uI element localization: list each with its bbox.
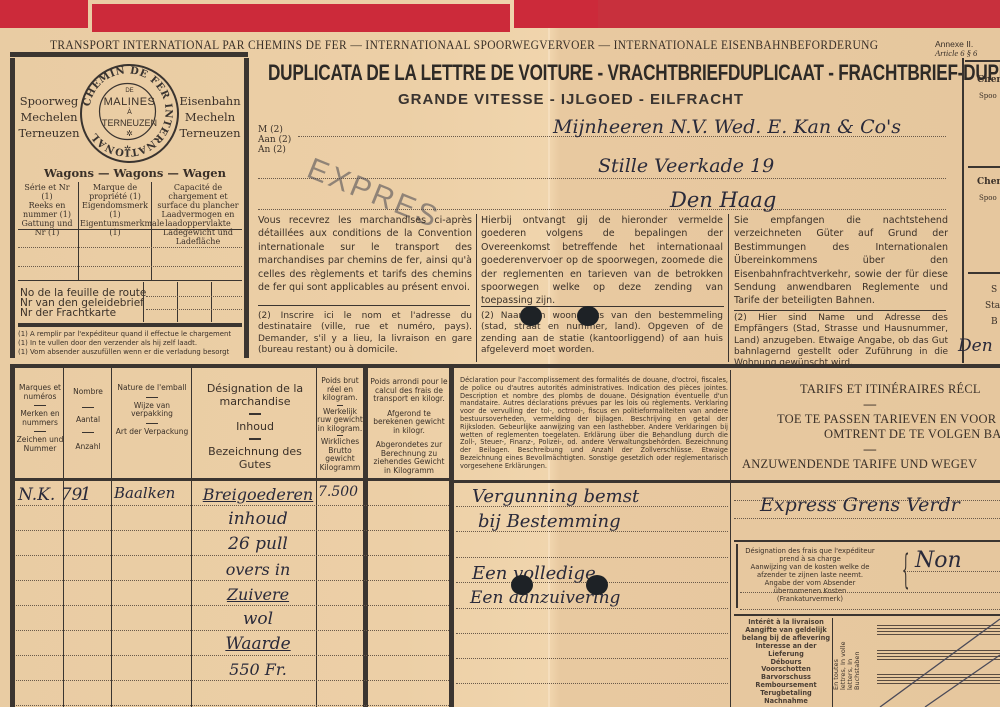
header-bottom-rule	[15, 478, 450, 481]
red-band-segment	[0, 0, 88, 28]
col-de: Bezeichnung des Gutes	[195, 445, 315, 471]
addressee-city-handwritten: Den Haag	[670, 188, 776, 212]
transport-line: TRANSPORT INTERNATIONAL PAR CHEMINS DE F…	[50, 38, 878, 53]
goods-gross-weight: 7.500	[318, 484, 358, 500]
col-nl: Afgerond te berekenen gewicht in kilogr.	[369, 410, 449, 436]
divider	[244, 58, 249, 358]
svg-text:✲: ✲	[124, 145, 132, 155]
addressee-label: M (2)	[258, 125, 291, 135]
brace-icon: {	[902, 545, 910, 595]
footnotes: (1) A remplir par l'expéditeur quand il …	[18, 330, 246, 357]
customs-declaration-header: Déclaration pour l'accomplissement des f…	[460, 377, 728, 471]
addressee-labels: M (2) Aan (2) An (2)	[258, 125, 291, 155]
route-sheet-entry[interactable]	[146, 309, 242, 310]
col-header-marks: Marques et numéros Merken en nummers Zei…	[16, 384, 64, 453]
stub-label: Chem	[977, 177, 1000, 187]
col-nl: Inhoud	[195, 420, 315, 433]
wagon-entry-line[interactable]	[18, 247, 242, 248]
seal-de: DE	[82, 88, 177, 94]
punch-hole	[511, 575, 533, 595]
desc-line: inhoud	[196, 507, 320, 532]
document-title: DUPLICATA DE LA LETTRE DE VOITURE - VRAC…	[268, 60, 1000, 86]
col-nl: Werkelijk ruw gewicht in kilogram.	[317, 408, 363, 434]
tariff-line: ANZUWENDENDE TARIFE UND WEGEV	[742, 457, 1000, 472]
strike-lines	[870, 615, 1000, 707]
document-subtitle: GRANDE VITESSE - IJLGOED - EILFRACHT	[398, 91, 744, 108]
declaration-hand-1: Vergunning bemst	[472, 486, 639, 507]
divider	[734, 540, 1000, 542]
divider	[476, 214, 477, 362]
table-top-border	[10, 364, 1000, 368]
charges-line[interactable]	[740, 609, 1000, 610]
charges-line[interactable]	[905, 571, 1000, 572]
col-fr: Désignation de la marchandise	[195, 382, 315, 408]
col-header-description: Désignation de la marchandise Inhoud Bez…	[195, 382, 315, 471]
col-nl: Merken en nummers	[16, 410, 64, 427]
divider	[258, 305, 470, 306]
railway-line: Eisenbahn	[178, 93, 242, 109]
tariff-line: TOE TE PASSEN TARIEVEN EN VOOR	[777, 412, 1000, 427]
divider	[736, 544, 738, 608]
in-letters-label: En toutes lettres, In volle letters, In …	[833, 640, 861, 690]
col-header-rounded-weight: Poids arrondi pour le calcul des frais d…	[369, 378, 449, 475]
col-nl: Aantal	[64, 416, 112, 425]
col-fr: Nombre	[64, 388, 112, 397]
tariff-sep: —	[770, 442, 970, 457]
divider	[10, 52, 248, 57]
divider	[18, 280, 242, 281]
note-de: (2) Hier sind Name und Adresse des Empfä…	[734, 313, 948, 369]
railway-seal: CHEMIN DE FER INTERNATIONAL ✲ DE MALINES…	[80, 64, 179, 163]
annexe-label: Annexe II. Article 6 § 6	[935, 40, 977, 58]
divider	[211, 282, 212, 322]
col-nl: Wijze van verpakking	[112, 402, 192, 419]
declaration-line[interactable]	[456, 633, 728, 634]
tariff-line: TARIFS ET ITINÉRAIRES RÉCL	[800, 382, 1000, 397]
punch-hole	[586, 575, 608, 595]
railway-name-de: Eisenbahn Mecheln Terneuzen	[178, 93, 242, 141]
tariffs-header: TARIFS ET ITINÉRAIRES RÉCL — TOE TE PASS…	[740, 382, 1000, 472]
seal-from: MALINES	[82, 96, 177, 108]
divider	[728, 214, 729, 362]
railway-name-nl: Spoorweg Mechelen Terneuzen	[18, 93, 80, 141]
railway-line: Terneuzen	[18, 125, 80, 141]
addressee-label: Aan (2)	[258, 135, 291, 145]
footnote: (1) In te vullen door den verzender als …	[18, 339, 246, 348]
divider	[10, 364, 15, 707]
red-band-segment	[598, 0, 1000, 28]
note-fr: (2) Inscrire ici le nom et l'adresse du …	[258, 311, 472, 356]
divider	[965, 60, 1000, 62]
col-header-gross-weight: Poids brut réel en kilogram. Werkelijk r…	[317, 377, 363, 472]
wagons-title: Wagons — Wagons — Wagen	[40, 166, 230, 180]
tariff-sep: —	[770, 397, 970, 412]
wagon-col-capacity: Capacité de chargement et surface du pla…	[153, 183, 243, 246]
notice-fr: Vous recevrez les marchandises ci-après …	[258, 214, 472, 294]
wagon-entry-line[interactable]	[18, 266, 242, 267]
goods-description: Breigoederen inhoud 26 pull overs in Zui…	[196, 482, 320, 682]
addressee-street-handwritten: Stille Veerkade 19	[598, 155, 774, 177]
col-fr: Nature de l'emball	[112, 384, 192, 393]
tariff-handwritten: Express Grens Verdr	[760, 494, 960, 516]
railway-line: Mecheln	[178, 109, 242, 125]
declaration-line[interactable]	[456, 608, 728, 609]
desc-line: Zuivere	[196, 582, 320, 607]
seal-a: À	[82, 109, 177, 116]
route-sheet-label: No de la feuille de route Nr van den gel…	[20, 288, 146, 318]
col-fr: Poids brut réel en kilogram.	[317, 377, 363, 403]
seal-to: TERNEUZEN	[82, 118, 177, 128]
footnote: (1) Vom absender auszufüllen wenn er die…	[18, 348, 246, 357]
divider	[962, 58, 964, 363]
stub-label: Spoo	[979, 92, 997, 100]
stub-handwritten: Den	[958, 336, 993, 356]
header-bottom-rule	[454, 480, 1000, 483]
col-de: Art der Verpackung	[112, 428, 192, 437]
goods-packing: Baalken	[114, 484, 175, 502]
divider	[10, 58, 15, 358]
divider	[734, 310, 946, 311]
addressee-line[interactable]	[258, 209, 946, 210]
col-de: Anzahl	[64, 443, 112, 452]
stub-label: Chem	[977, 75, 1000, 85]
charges-value[interactable]: Non	[915, 548, 962, 573]
goods-count: 1	[80, 484, 91, 505]
col-fr: Marques et numéros	[16, 384, 64, 401]
desc-line: overs in	[196, 557, 320, 582]
tariff-line-entry[interactable]	[734, 518, 1000, 519]
stub-label: Sta	[985, 301, 1000, 311]
railway-line: Mechelen	[18, 109, 80, 125]
footnote: (1) A remplir par l'expéditeur quand il …	[18, 330, 246, 339]
divider	[449, 368, 454, 707]
col-de: Zeichen und Nummer	[16, 436, 64, 453]
divider	[363, 368, 368, 707]
col-header-packing: Nature de l'emball Wijze van verpakking …	[112, 384, 192, 436]
stub-label: S	[991, 285, 997, 295]
freight-document: TRANSPORT INTERNATIONAL PAR CHEMINS DE F…	[0, 0, 1000, 707]
stub-label: B	[991, 317, 998, 327]
desc-line: 26 pull	[196, 532, 320, 557]
divider	[730, 370, 731, 480]
divider	[481, 306, 724, 307]
stub-label: Spoo	[979, 194, 997, 202]
punch-hole	[520, 306, 542, 326]
notice-de: Sie empfangen die nachtstehend verzeichn…	[734, 214, 948, 308]
col-header-count: Nombre Aantal Anzahl	[64, 388, 112, 452]
article-text: Article 6 § 6	[935, 48, 977, 58]
seal-star-icon: ✲	[82, 129, 177, 138]
desc-line: Waarde	[196, 632, 320, 657]
red-band-segment	[92, 4, 510, 32]
divider	[18, 323, 242, 327]
route-sheet-entry[interactable]	[146, 296, 242, 297]
charges-line[interactable]	[740, 592, 1000, 593]
desc-line: wol	[196, 607, 320, 632]
route-sheet-line: Nr der Frachtkarte	[20, 308, 146, 318]
table-row-line[interactable]	[16, 705, 449, 706]
divider	[143, 282, 144, 322]
desc-line: 550 Fr.	[196, 657, 320, 682]
declaration-hand-3: Een volledige	[472, 563, 596, 584]
punch-hole	[577, 306, 599, 326]
desc-line: Breigoederen	[196, 482, 320, 507]
col-fr: Poids arrondi pour le calcul des frais d…	[369, 378, 449, 404]
declaration-line[interactable]	[456, 683, 728, 684]
tariff-line: OMTRENT DE TE VOLGEN BA	[824, 427, 1000, 442]
notice-nl: Hierbij ontvangt gij de hieronder vermel…	[481, 214, 723, 308]
declaration-line[interactable]	[456, 557, 728, 558]
goods-marks: N.K. 79	[18, 483, 62, 507]
addressee-label: An (2)	[258, 145, 291, 155]
railway-line: Spoorweg	[18, 93, 80, 109]
divider	[18, 229, 242, 230]
divider	[730, 480, 731, 707]
col-de: Abgerondetes zur Berechnung zu ziehendes…	[369, 441, 449, 475]
declaration-hand-2: bij Bestemming	[478, 511, 621, 532]
note-nl: (2) Naam en woonplaats van den bestemmel…	[481, 311, 723, 356]
col-de: Wirkliches Brutto gewicht Kilogramm	[317, 438, 363, 472]
declaration-line[interactable]	[456, 658, 728, 659]
interest-label: Intérêt à la livraison Aangifte van geld…	[740, 619, 832, 706]
addressee-name-handwritten: Mijnheeren N.V. Wed. E. Kan & Co's	[553, 116, 901, 138]
divider	[968, 166, 1000, 168]
divider	[191, 368, 192, 707]
charges-label: Désignation des frais que l'expéditeur p…	[740, 547, 880, 603]
divider	[177, 282, 178, 322]
railway-line: Terneuzen	[178, 125, 242, 141]
divider	[968, 272, 1000, 274]
